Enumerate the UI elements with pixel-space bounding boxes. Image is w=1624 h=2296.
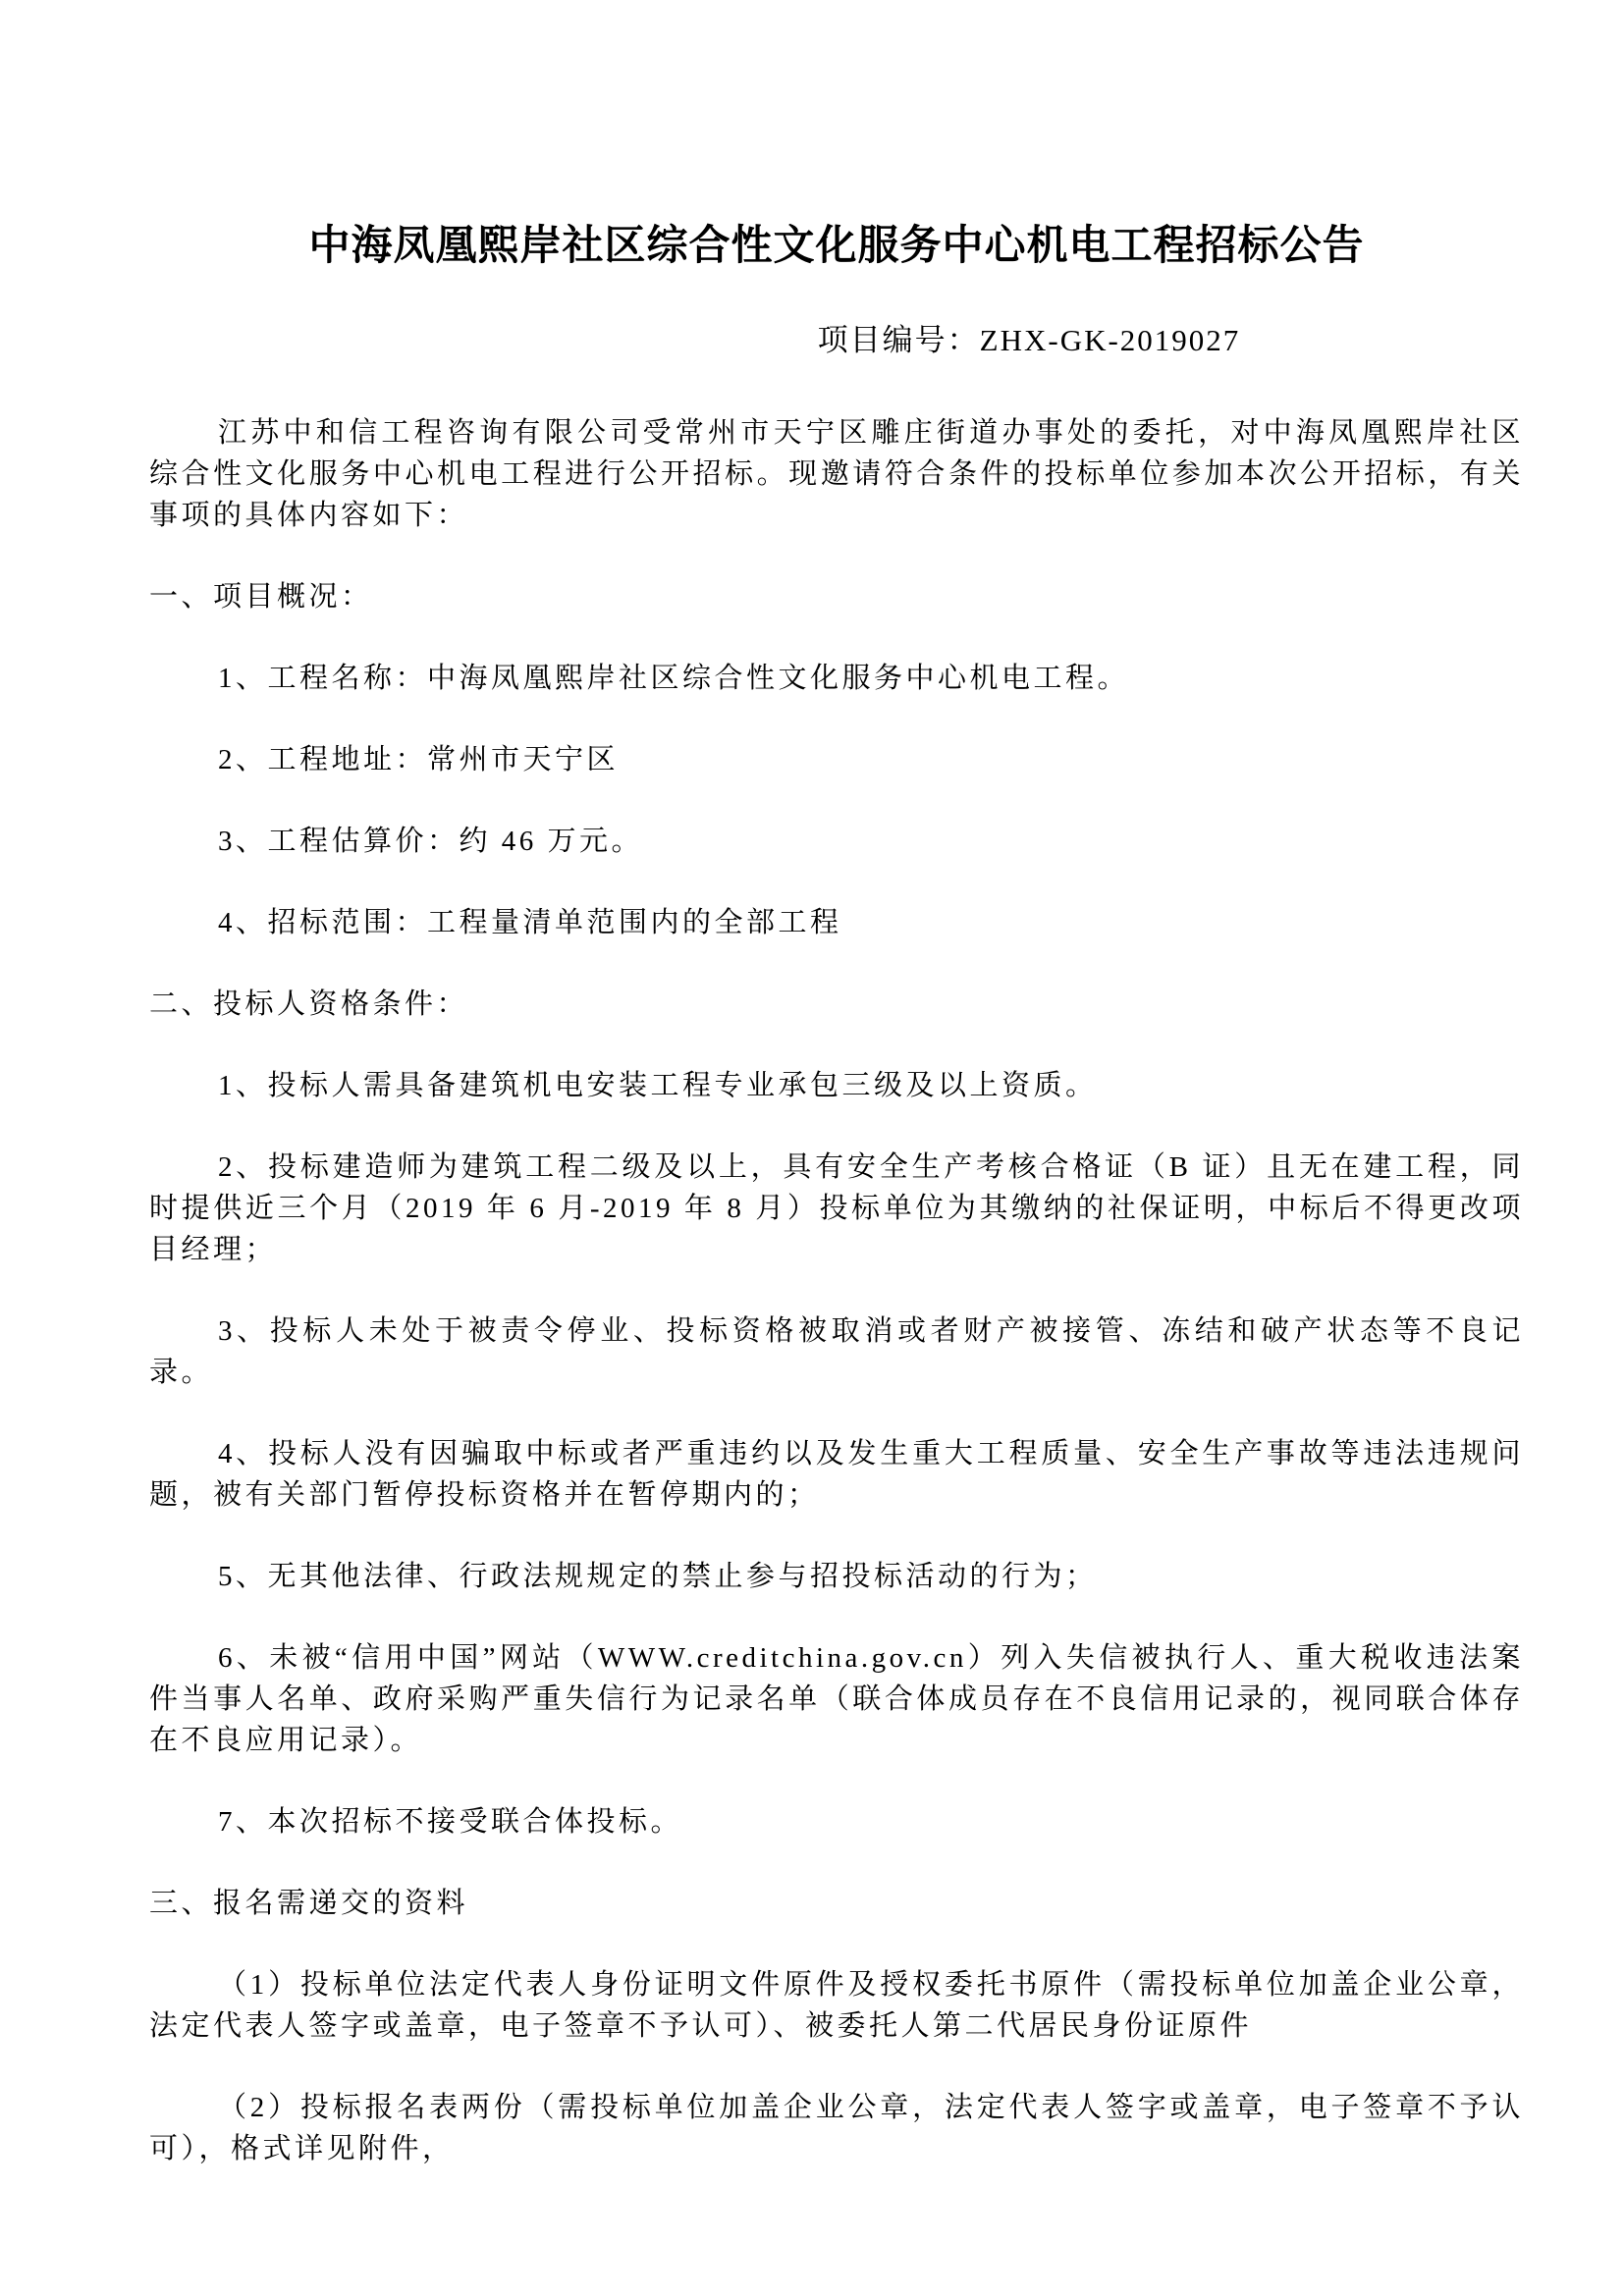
section-1-item-1: 1、工程名称：中海凤凰熙岸社区综合性文化服务中心机电工程。 (149, 658, 1524, 699)
document-title: 中海凤凰熙岸社区综合性文化服务中心机电工程招标公告 (149, 220, 1524, 271)
section-1-item-3: 3、工程估算价：约 46 万元。 (149, 821, 1524, 862)
section-1-item-4: 4、招标范围：工程量清单范围内的全部工程 (149, 902, 1524, 943)
document-page: 中海凤凰熙岸社区综合性文化服务中心机电工程招标公告 项目编号：ZHX-GK-20… (0, 0, 1624, 2296)
section-3-heading: 三、报名需递交的资料 (149, 1883, 1524, 1924)
project-number-value: ZHX-GK-2019027 (980, 323, 1241, 357)
section-3-item-1: （1）投标单位法定代表人身份证明文件原件及授权委托书原件（需投标单位加盖企业公章… (149, 1964, 1524, 2047)
section-3-item-2: （2）投标报名表两份（需投标单位加盖企业公章，法定代表人签字或盖章，电子签章不予… (149, 2087, 1524, 2169)
section-1-heading: 一、项目概况： (149, 576, 1524, 617)
section-1-item-2: 2、工程地址：常州市天宁区 (149, 739, 1524, 780)
section-2-item-1: 1、投标人需具备建筑机电安装工程专业承包三级及以上资质。 (149, 1065, 1524, 1106)
section-2-item-6: 6、未被“信用中国”网站（WWW.creditchina.gov.cn）列入失信… (149, 1637, 1524, 1761)
project-number-label: 项目编号： (818, 323, 980, 357)
section-2-item-7: 7、本次招标不接受联合体投标。 (149, 1801, 1524, 1842)
section-2-item-4: 4、投标人没有因骗取中标或者严重违约以及发生重大工程质量、安全生产事故等违法违规… (149, 1433, 1524, 1516)
intro-paragraph: 江苏中和信工程咨询有限公司受常州市天宁区雕庄街道办事处的委托，对中海凤凰熙岸社区… (149, 412, 1524, 536)
section-2-heading: 二、投标人资格条件： (149, 984, 1524, 1025)
section-2-item-5: 5、无其他法律、行政法规规定的禁止参与招投标活动的行为； (149, 1556, 1524, 1597)
section-2-item-2: 2、投标建造师为建筑工程二级及以上，具有安全生产考核合格证（B 证）且无在建工程… (149, 1147, 1524, 1270)
project-number-line: 项目编号：ZHX-GK-2019027 (149, 318, 1524, 363)
section-2-item-3: 3、投标人未处于被责令停业、投标资格被取消或者财产被接管、冻结和破产状态等不良记… (149, 1310, 1524, 1393)
